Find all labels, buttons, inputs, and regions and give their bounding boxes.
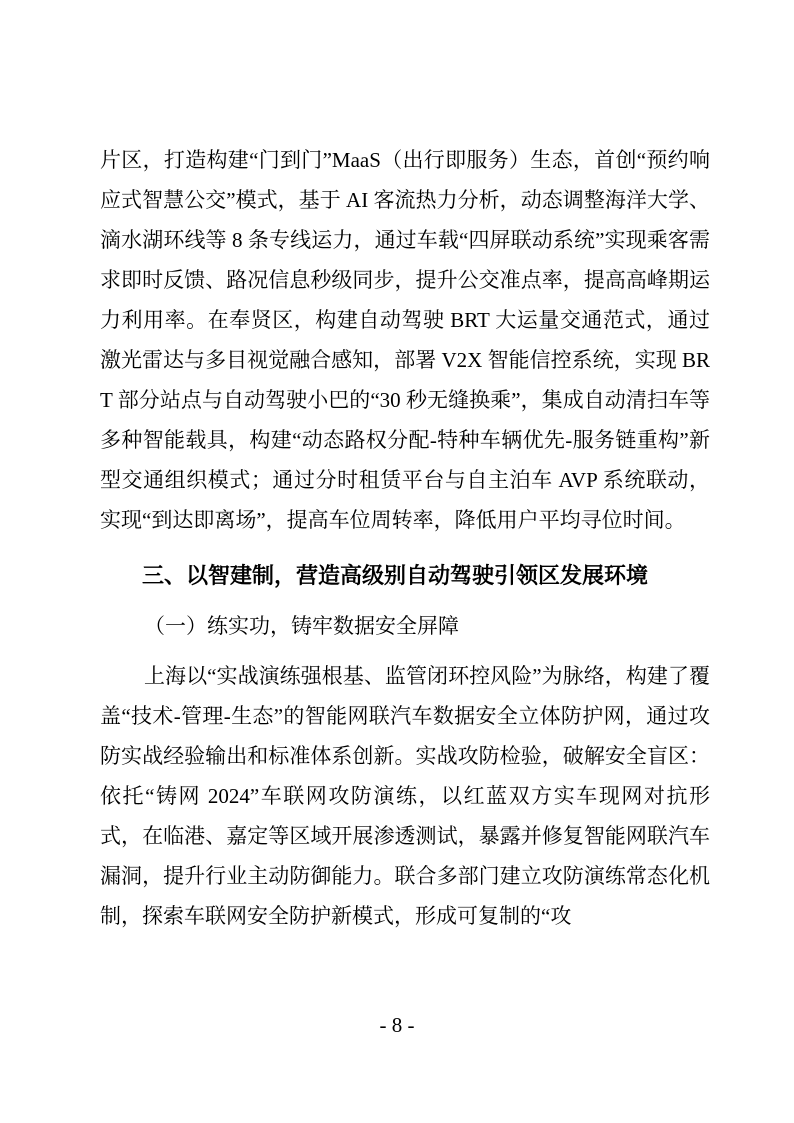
- document-content: 片区，打造构建“门到门”MaaS（出行即服务）生态，首创“预约响应式智慧公交”模…: [100, 140, 710, 936]
- subsection-heading: （一）练实功，铸牢数据安全屏障: [100, 606, 710, 646]
- page-number: - 8 -: [0, 1012, 794, 1038]
- document-page: 片区，打造构建“门到门”MaaS（出行即服务）生态，首创“预约响应式智慧公交”模…: [0, 0, 794, 1123]
- section-heading: 三、以智建制，营造高级别自动驾驶引领区发展环境: [100, 556, 710, 596]
- paragraph-body: 上海以“实战演练强根基、监管闭环控风险”为脉络，构建了覆盖“技术-管理-生态”的…: [100, 656, 710, 936]
- paragraph-continuation: 片区，打造构建“门到门”MaaS（出行即服务）生态，首创“预约响应式智慧公交”模…: [100, 140, 710, 540]
